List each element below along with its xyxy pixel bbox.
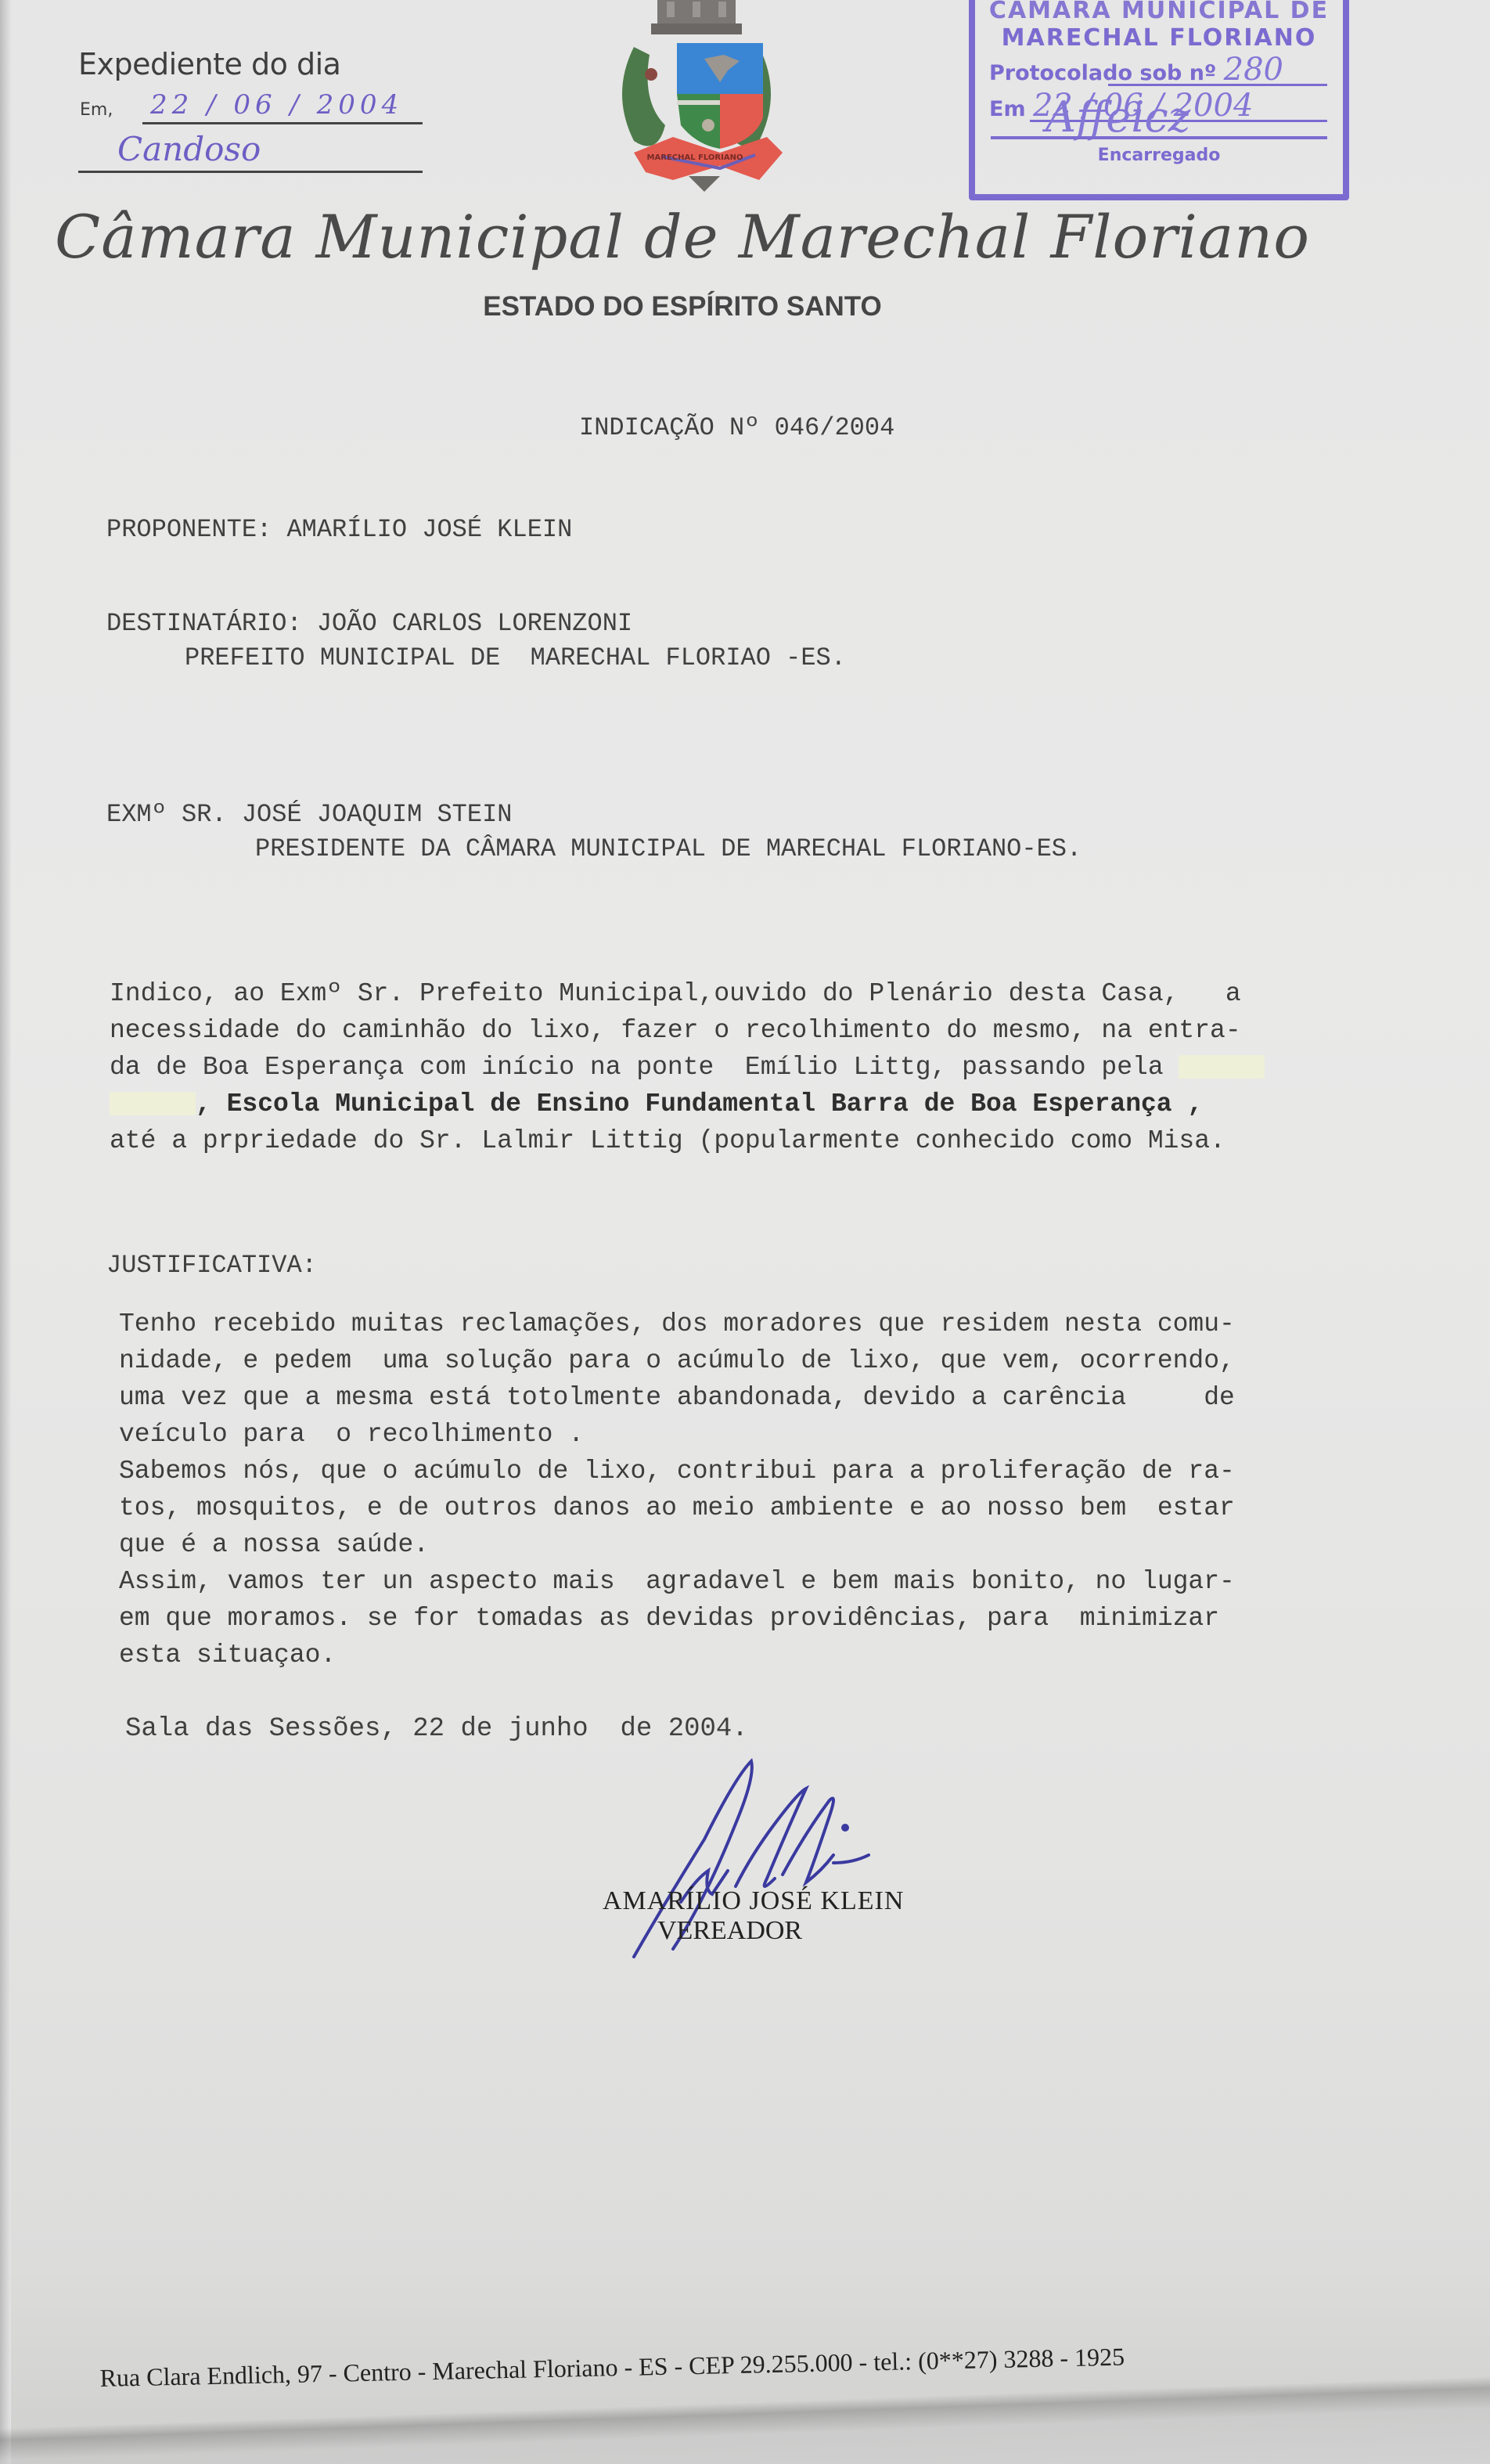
- proponente-row: PROPONENTE: AMARÍLIO JOSÉ KLEIN: [106, 515, 572, 544]
- stamp-protocol-number: 280: [1224, 52, 1283, 88]
- expediente-block: Expediente do dia Em, 22 / 06 / 2004 Can…: [78, 47, 430, 177]
- expediente-handwritten-date: 22 / 06 / 2004: [150, 89, 403, 121]
- stamp-em-label: Em: [989, 97, 1026, 121]
- closing-line: Sala das Sessões, 22 de junho de 2004.: [125, 1714, 748, 1744]
- letterhead-title: Câmara Municipal de Marechal Floriano: [0, 202, 1490, 272]
- indication-line-text: da de Boa Esperança com início na ponte …: [110, 1053, 1164, 1082]
- signer-role: VEREADOR: [657, 1916, 904, 1946]
- destinatario-role: PREFEITO MUNICIPAL DE MARECHAL FLORIAO -…: [185, 643, 846, 672]
- proponente-name: AMARÍLIO JOSÉ KLEIN: [286, 515, 572, 544]
- justificativa-line: Assim, vamos ter un aspecto mais agradav…: [119, 1563, 1308, 1600]
- destinatario-label: DESTINATÁRIO:: [106, 609, 302, 638]
- protocol-stamp: CÂMARA MUNICIPAL DE MARECHAL FLORIANO Pr…: [969, 0, 1349, 200]
- stamp-protocol-row: Protocolado sob nº 280: [975, 52, 1343, 88]
- destinatario-name: JOÃO CARLOS LORENZONI: [317, 609, 632, 638]
- letterhead-state: ESTADO DO ESPÍRITO SANTO: [0, 291, 1490, 322]
- stamp-protocol-line: [1108, 84, 1327, 86]
- stamp-handwritten-signature: Affeicz: [1046, 92, 1190, 142]
- justificativa-line: uma vez que a mesma está totolmente aban…: [119, 1379, 1308, 1416]
- signer-name: AMARÍLIO JOSÉ KLEIN: [603, 1886, 904, 1916]
- expediente-signature-line: [78, 171, 423, 173]
- stamp-signature-line: [991, 136, 1327, 139]
- indication-school-text: , Escola Municipal de Ensino Fundamental…: [196, 1090, 1203, 1119]
- destinatario-row: DESTINATÁRIO: JOÃO CARLOS LORENZONI: [106, 609, 632, 638]
- justificativa-line: que é a nossa saúde.: [119, 1526, 1308, 1563]
- expediente-date-row: Em, 22 / 06 / 2004: [78, 86, 430, 122]
- svg-text:MARECHAL FLORIANO: MARECHAL FLORIANO: [647, 153, 743, 162]
- justificativa-line: Sabemos nós, que o acúmulo de lixo, cont…: [119, 1453, 1308, 1490]
- signature-block: AMARÍLIO JOSÉ KLEIN VEREADOR: [603, 1886, 904, 1946]
- municipal-coat-of-arms-icon: MARECHAL FLORIANO: [603, 0, 790, 196]
- justificativa-label: JUSTIFICATIVA:: [106, 1251, 317, 1280]
- redacted-area: [1179, 1055, 1265, 1079]
- justificativa-line: tos, mosquitos, e de outros danos ao mei…: [119, 1490, 1308, 1526]
- stamp-protocol-label: Protocolado sob nº: [989, 61, 1216, 85]
- indication-line: Indico, ao Exmº Sr. Prefeito Municipal,o…: [110, 975, 1299, 1012]
- indication-heading: INDICAÇÃO Nº 046/2004: [579, 413, 894, 442]
- proponente-label: PROPONENTE:: [106, 515, 272, 544]
- indication-line: , Escola Municipal de Ensino Fundamental…: [110, 1086, 1299, 1122]
- indication-line: até a prpriedade do Sr. Lalmir Littig (p…: [110, 1122, 1299, 1159]
- indication-paragraph: Indico, ao Exmº Sr. Prefeito Municipal,o…: [110, 975, 1299, 1159]
- paper-fold-shadow: [0, 2370, 1490, 2464]
- expediente-title: Expediente do dia: [78, 47, 430, 81]
- addressee-role: PRESIDENTE DA CÂMARA MUNICIPAL DE MARECH…: [255, 834, 1082, 863]
- indication-line: necessidade do caminhão do lixo, fazer o…: [110, 1012, 1299, 1049]
- expediente-signature-row: Candoso: [78, 122, 430, 177]
- indication-line: da de Boa Esperança com início na ponte …: [110, 1049, 1299, 1086]
- justificativa-paragraph: Tenho recebido muitas reclamações, dos m…: [119, 1306, 1308, 1673]
- page-edge-shadow: [0, 0, 11, 2464]
- justificativa-line: Tenho recebido muitas reclamações, dos m…: [119, 1306, 1308, 1342]
- stamp-line-marechal: MARECHAL FLORIANO: [975, 24, 1343, 52]
- justificativa-line: nidade, e pedem uma solução para o acúmu…: [119, 1342, 1308, 1379]
- expediente-em-label: Em,: [80, 100, 113, 120]
- redacted-area: [110, 1092, 196, 1115]
- justificativa-line: veículo para o recolhimento .: [119, 1416, 1308, 1453]
- stamp-line-camara: CÂMARA MUNICIPAL DE: [975, 0, 1343, 24]
- justificativa-line: esta situaçao.: [119, 1637, 1308, 1673]
- expediente-handwritten-signature: Candoso: [117, 130, 261, 168]
- addressee-name: EXMº SR. JOSÉ JOAQUIM STEIN: [106, 800, 512, 829]
- justificativa-line: em que moramos. se for tomadas as devida…: [119, 1600, 1308, 1637]
- stamp-encarregado-label: Encarregado: [975, 146, 1343, 165]
